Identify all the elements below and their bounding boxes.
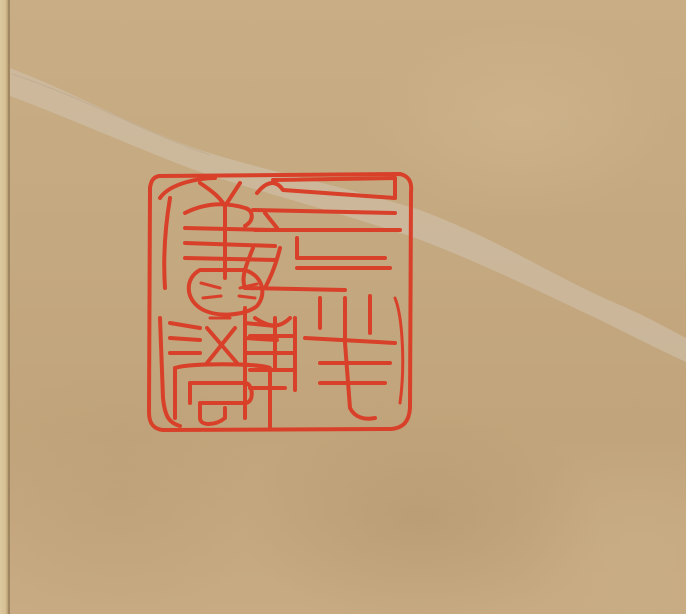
- mounting-edge-line: [8, 0, 10, 614]
- seal-char-right-top: [243, 178, 400, 290]
- mounting-border: [0, 0, 8, 614]
- seal-char-left-top: [160, 178, 275, 315]
- seal-impression: [145, 168, 417, 434]
